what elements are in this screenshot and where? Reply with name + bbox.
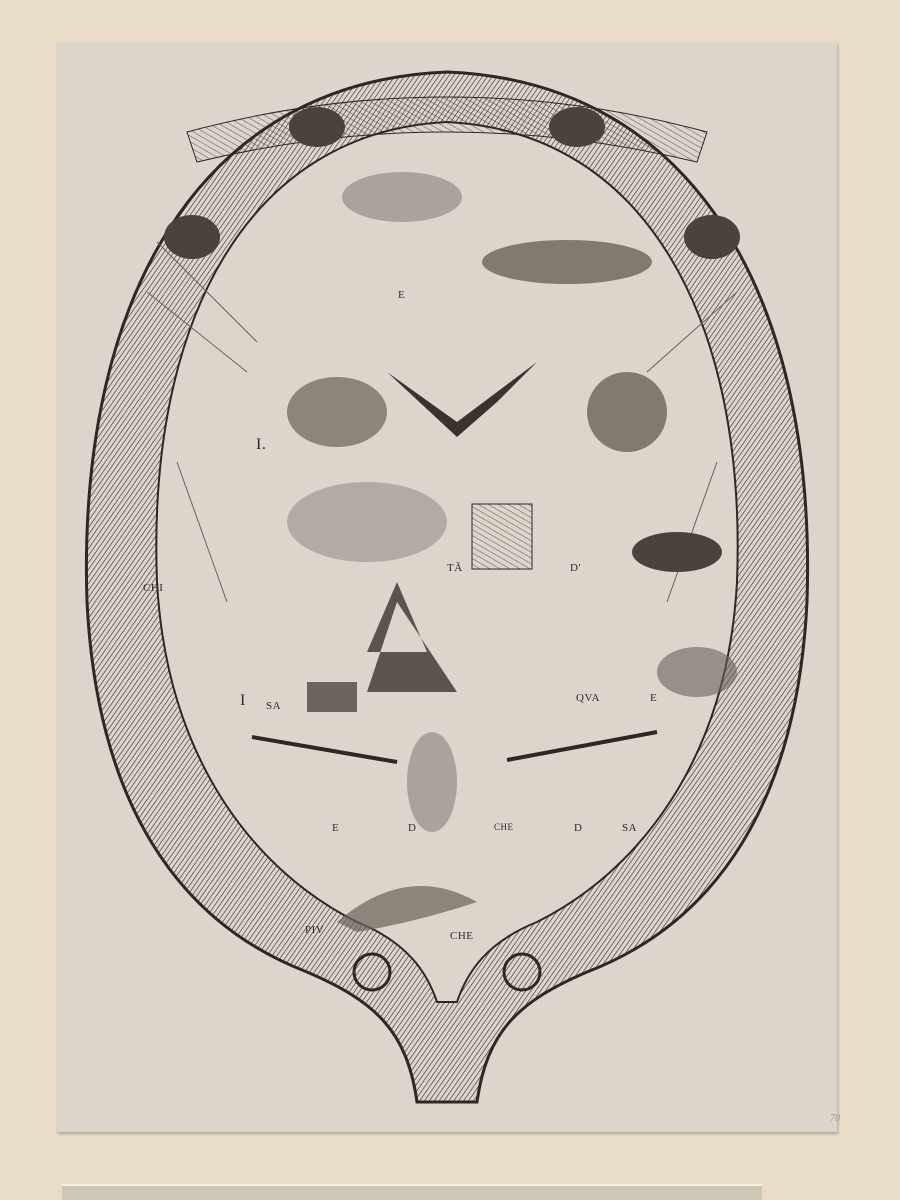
rebus-label: PIV [305,924,324,936]
print-sheet: E I. CHI TÃ D' I SA QVA E E D CHE D SA P… [57,42,837,1132]
rebus-label: E [332,822,339,834]
rebus-label: D' [570,562,581,574]
rebus-label: SA [622,822,637,834]
rebus-label: D [408,822,416,834]
rebus-label: QVA [576,692,600,704]
lower-print-edge [62,1184,762,1200]
rebus-label: I [240,692,246,710]
rebus-label: CHE [450,930,474,942]
rebus-label: SA [266,700,281,712]
rebus-label: CHE [494,822,514,832]
rebus-label: D [574,822,582,834]
page-number: 70 [830,1113,840,1124]
rebus-label: TÃ [447,562,463,574]
rebus-label: CHI [143,582,163,594]
rebus-label: I. [256,436,266,454]
rebus-label: E [398,289,405,301]
rebus-label: E [650,692,657,704]
etched-cartouche [57,42,837,1132]
